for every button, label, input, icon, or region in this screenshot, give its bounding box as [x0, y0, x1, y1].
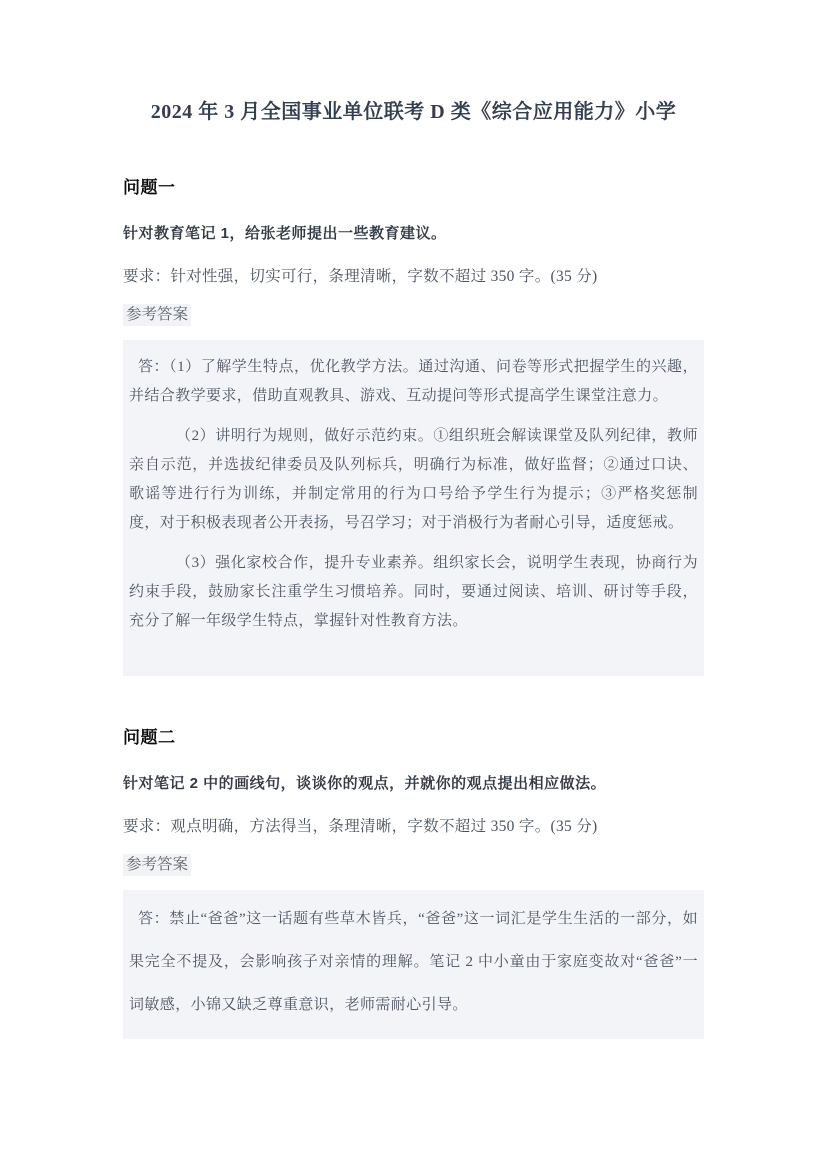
answer-paragraph: （2）讲明行为规则，做好示范约束。①组织班会解读课堂及队列纪律，教师亲自示范，并… — [129, 422, 698, 538]
answer-paragraph: 答：（1）了解学生特点，优化教学方法。通过沟通、问卷等形式把握学生的兴趣，并结合… — [129, 353, 698, 411]
section-1-reference-row: 参考答案 — [123, 304, 704, 326]
section-question-2: 问题二 针对笔记 2 中的画线句，谈谈你的观点，并就你的观点提出相应做法。 要求… — [123, 727, 704, 1039]
section-2-reference-row: 参考答案 — [123, 854, 704, 876]
section-2-requirement-text: 要求：观点明确，方法得当，条理清晰，字数不超过 350 字。(35 分) — [123, 816, 704, 837]
section-1-reference-answer-label: 参考答案 — [123, 304, 191, 326]
section-2-question-text: 针对笔记 2 中的画线句，谈谈你的观点，并就你的观点提出相应做法。 — [123, 773, 704, 794]
answer-paragraph: （3）强化家校合作，提升专业素养。组织家长会，说明学生表现，协商行为约束手段，鼓… — [129, 549, 698, 636]
section-1-requirement-text: 要求：针对性强，切实可行，条理清晰，字数不超过 350 字。(35 分) — [123, 266, 704, 287]
section-1-answer-block: 答：（1）了解学生特点，优化教学方法。通过沟通、问卷等形式把握学生的兴趣，并结合… — [123, 340, 704, 676]
section-2-answer-block: 答：禁止“爸爸”这一话题有些草木皆兵，“爸爸”这一词汇是学生生活的一部分，如果完… — [123, 890, 704, 1039]
section-2-reference-answer-label: 参考答案 — [123, 854, 191, 876]
document-page: 2024 年 3 月全国事业单位联考 D 类《综合应用能力》小学 问题一 针对教… — [0, 0, 827, 1169]
answer-paragraph: 答：禁止“爸爸”这一话题有些草木皆兵，“爸爸”这一词汇是学生生活的一部分，如果完… — [129, 898, 698, 1027]
page-title: 2024 年 3 月全国事业单位联考 D 类《综合应用能力》小学 — [123, 98, 704, 126]
section-2-heading: 问题二 — [123, 727, 704, 749]
section-question-1: 问题一 针对教育笔记 1，给张老师提出一些教育建议。 要求：针对性强，切实可行，… — [123, 177, 704, 676]
section-1-question-text: 针对教育笔记 1，给张老师提出一些教育建议。 — [123, 223, 704, 244]
section-1-heading: 问题一 — [123, 177, 704, 199]
